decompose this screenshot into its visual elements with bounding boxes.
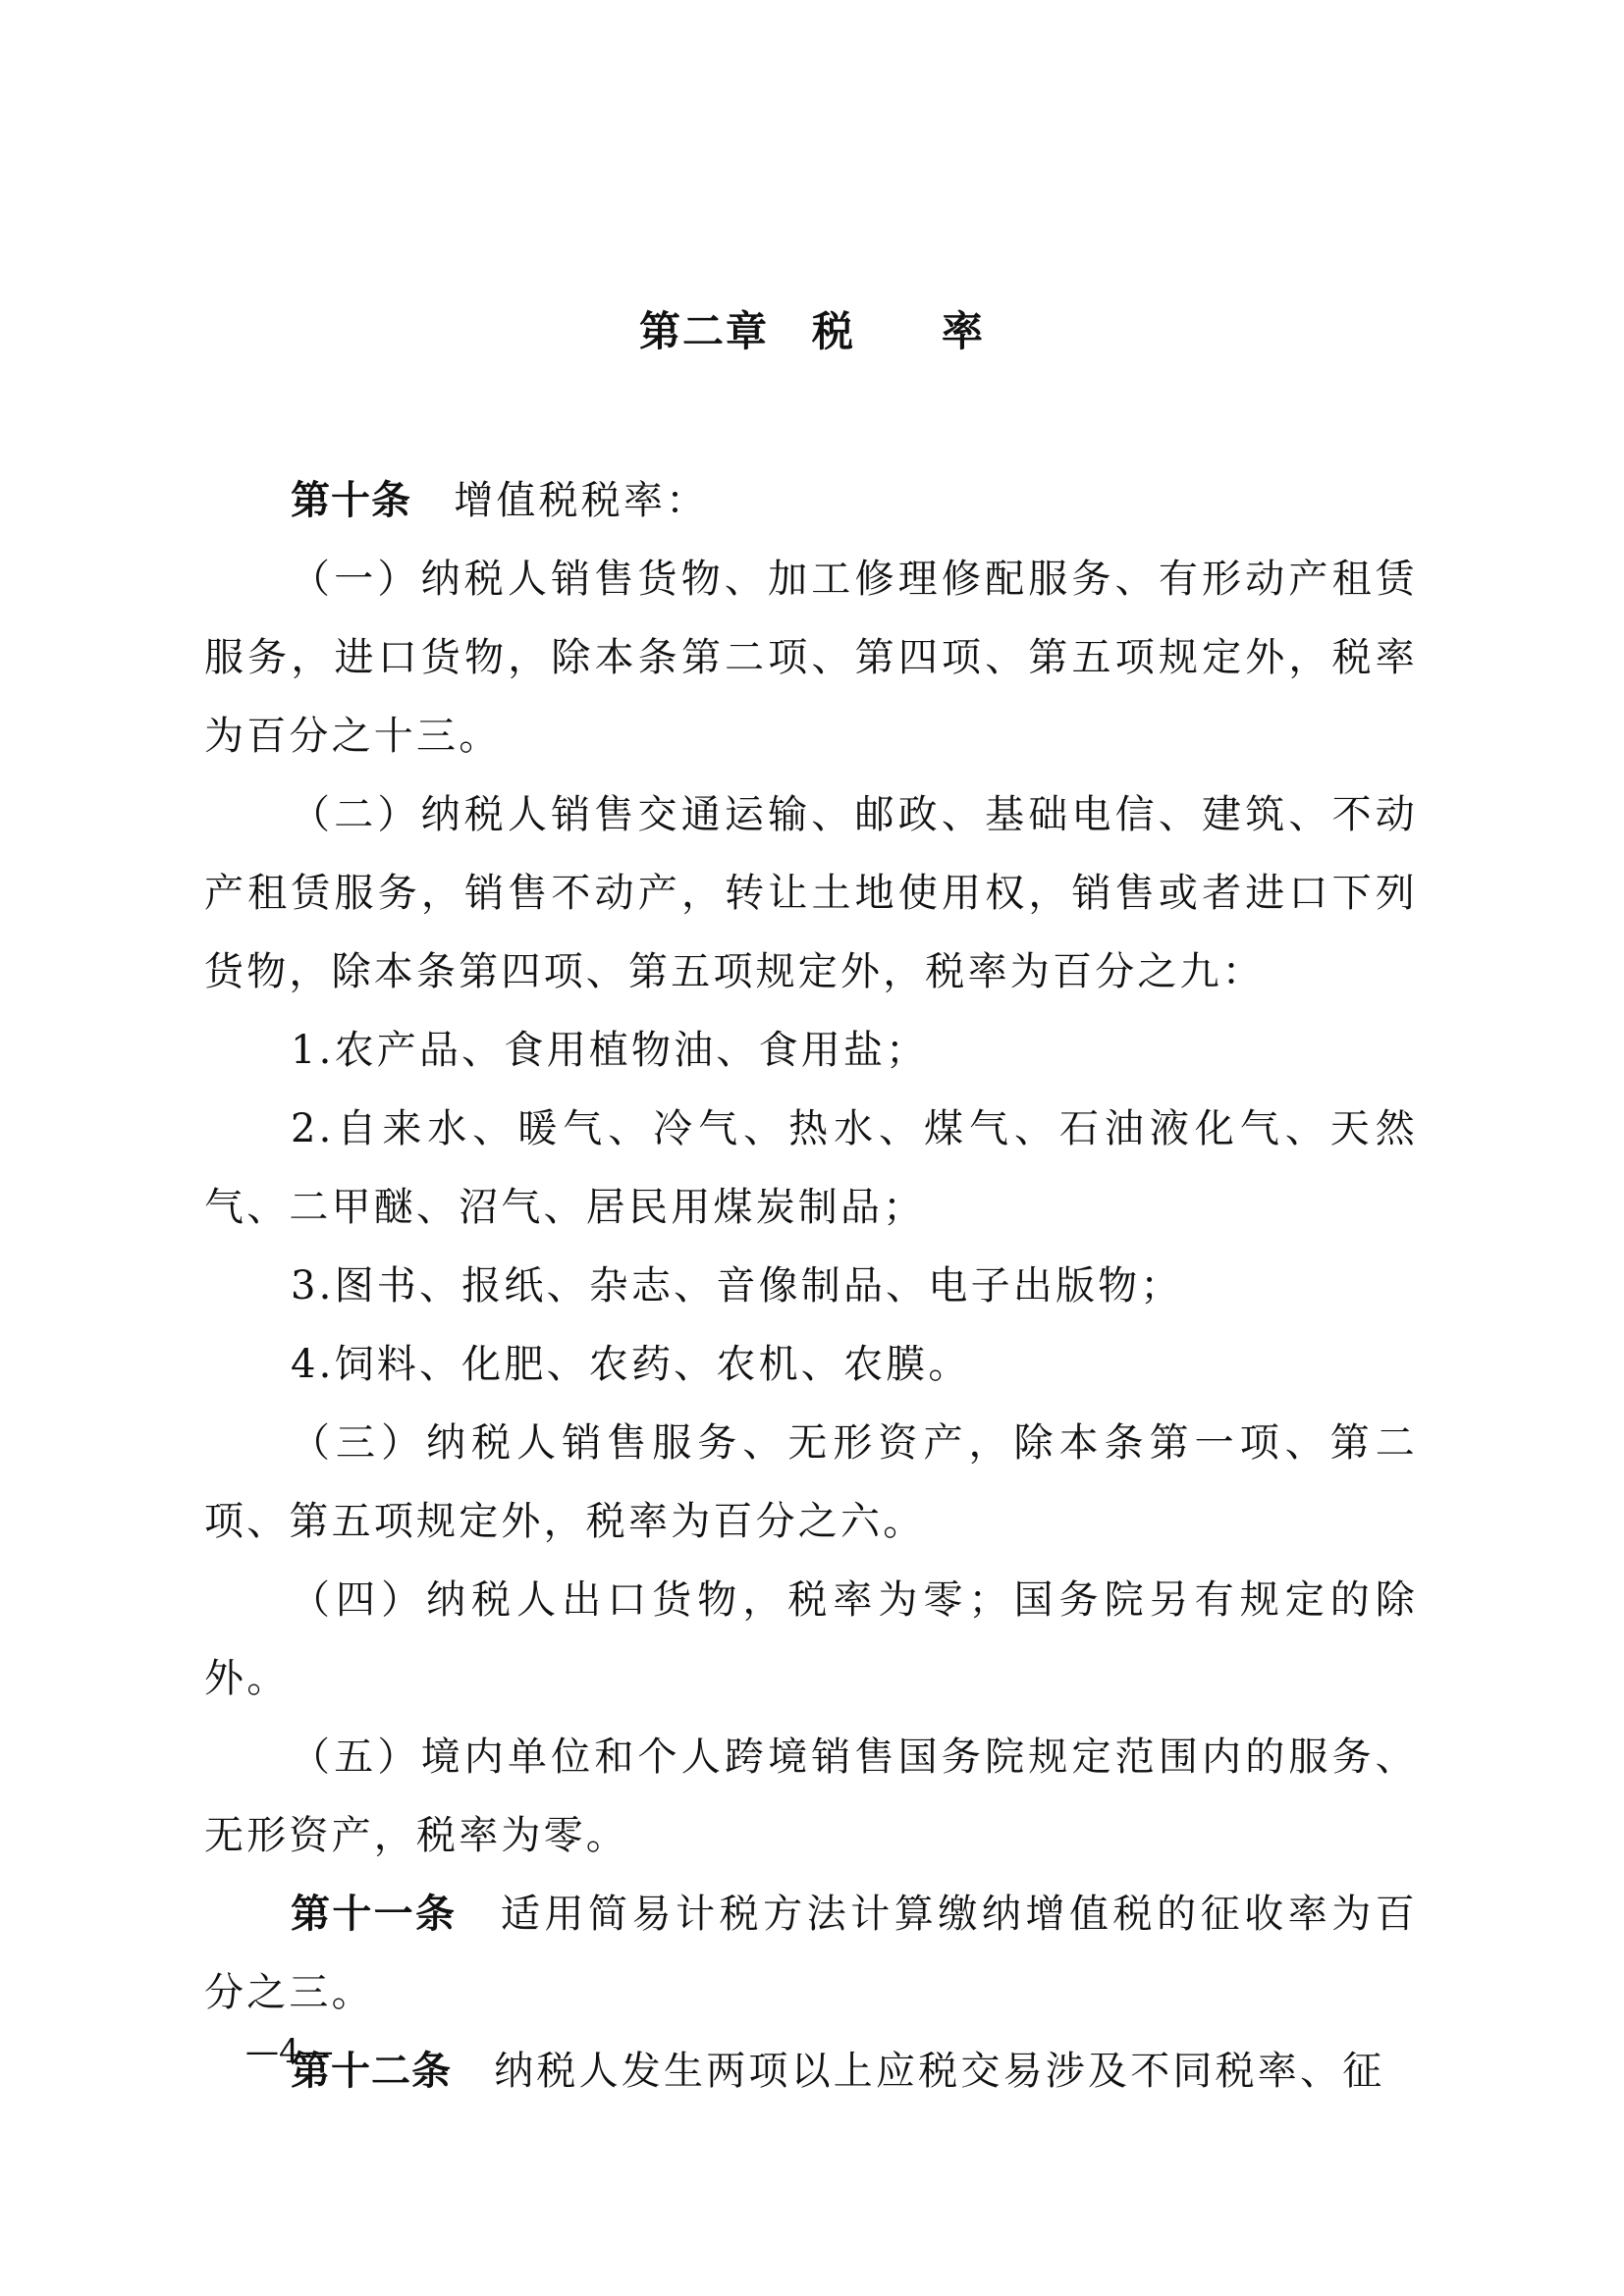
page-number: —4—: [245, 2032, 334, 2071]
article-11-paragraph: 第十一条 适用简易计税方法计算缴纳增值税的征收率为百分之三。: [204, 1875, 1418, 2032]
document-body: 第十条 增值税税率： （一）纳税人销售货物、加工修理修配服务、有形动产租赁服务，…: [204, 461, 1418, 2110]
article-10-heading: 第十条 增值税税率：: [204, 461, 1418, 540]
chapter-title: 第二章 税 率: [0, 299, 1624, 358]
subitem-4-paragraph: 4.饲料、化肥、农药、农机、农膜。: [204, 1325, 1418, 1404]
subitem-3-paragraph: 3.图书、报纸、杂志、音像制品、电子出版物；: [204, 1247, 1418, 1325]
article-12-paragraph: 第十二条 纳税人发生两项以上应税交易涉及不同税率、征: [204, 2032, 1418, 2110]
item-4-paragraph: （四）纳税人出口货物，税率为零；国务院另有规定的除外。: [204, 1561, 1418, 1718]
subitem-1-paragraph: 1.农产品、食用植物油、食用盐；: [204, 1011, 1418, 1090]
article-text: 纳税人发生两项以上应税交易涉及不同税率、征: [452, 2049, 1384, 2094]
article-number: 第十一条: [291, 1892, 457, 1937]
article-number: 第十条: [291, 478, 411, 523]
article-text: 增值税税率：: [411, 478, 708, 523]
item-5-paragraph: （五）境内单位和个人跨境销售国务院规定范围内的服务、无形资产，税率为零。: [204, 1718, 1418, 1875]
document-page: 第二章 税 率 第十条 增值税税率： （一）纳税人销售货物、加工修理修配服务、有…: [0, 0, 1624, 2296]
item-1-paragraph: （一）纳税人销售货物、加工修理修配服务、有形动产租赁服务，进口货物，除本条第二项…: [204, 540, 1418, 775]
item-2-paragraph: （二）纳税人销售交通运输、邮政、基础电信、建筑、不动产租赁服务，销售不动产，转让…: [204, 775, 1418, 1011]
item-3-paragraph: （三）纳税人销售服务、无形资产，除本条第一项、第二项、第五项规定外，税率为百分之…: [204, 1404, 1418, 1561]
subitem-2-paragraph: 2.自来水、暖气、冷气、热水、煤气、石油液化气、天然气、二甲醚、沼气、居民用煤炭…: [204, 1090, 1418, 1247]
